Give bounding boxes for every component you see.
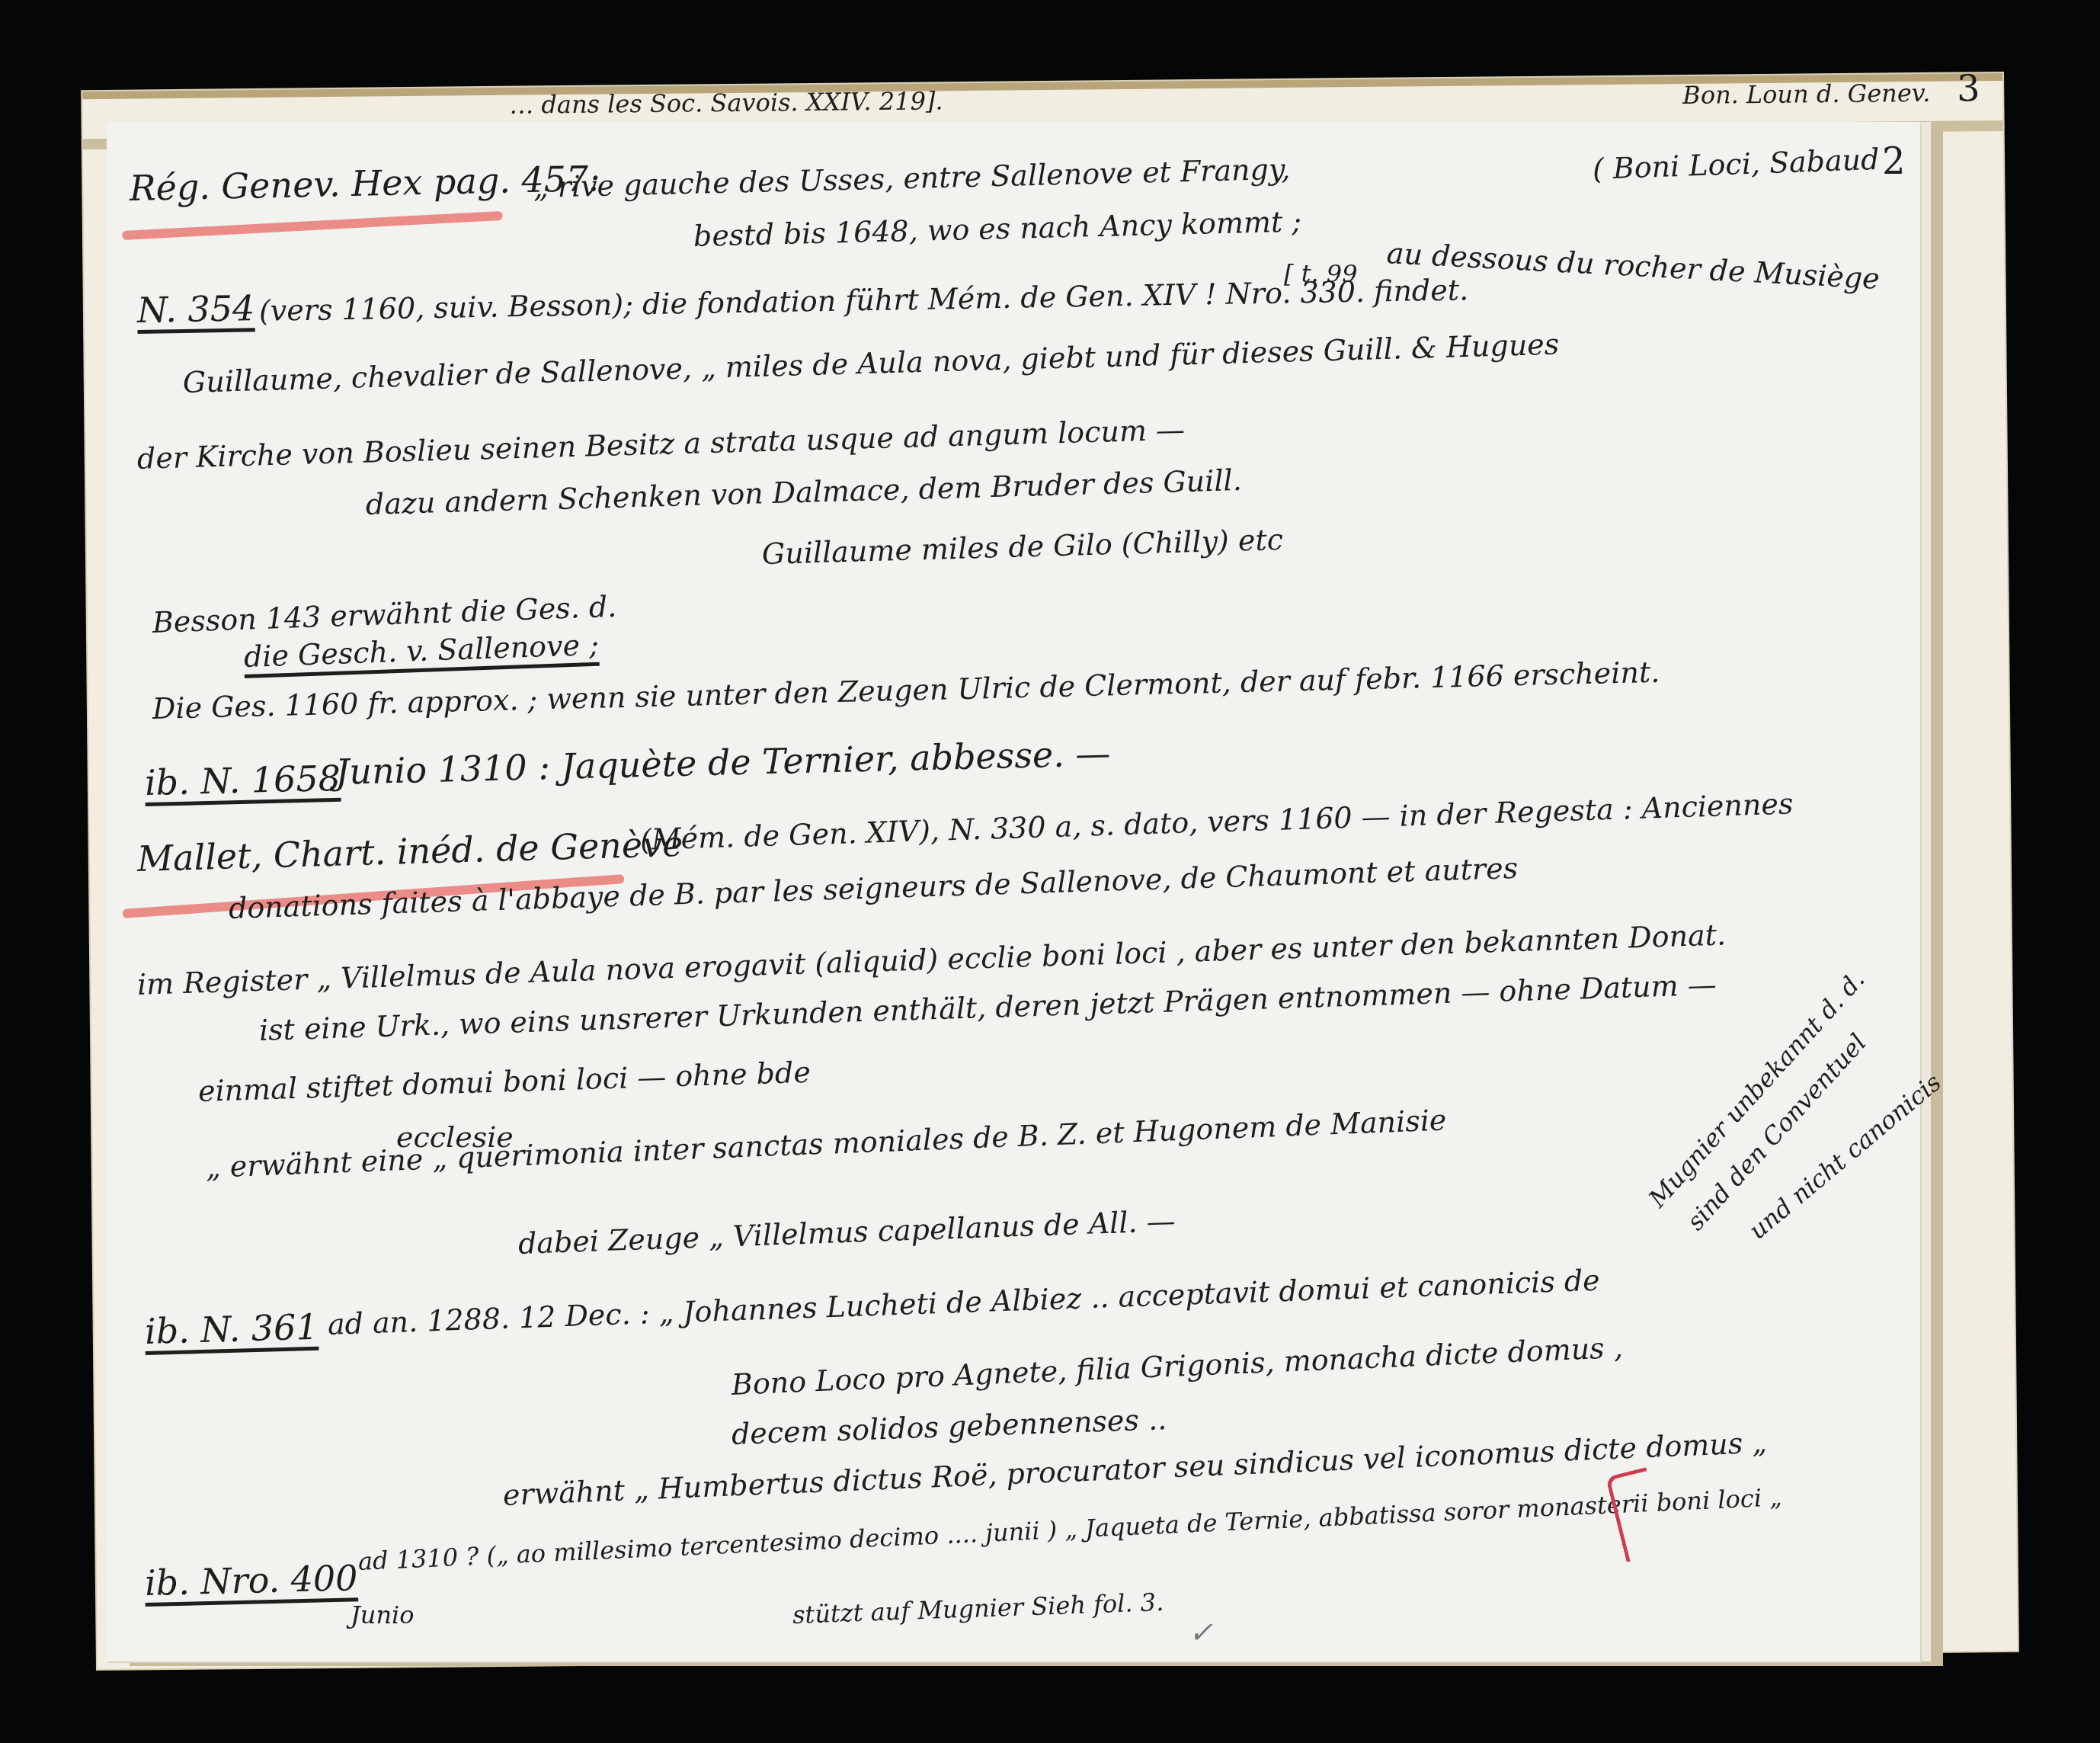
red-pencil-underline bbox=[122, 211, 503, 240]
reference-ib-n361: ib. N. 361 bbox=[144, 1306, 319, 1352]
back-page-header-right: Bon. Loun d. Genev. bbox=[1682, 78, 1930, 110]
entry-text: Bono Loco pro Agnete, filia Grigonis, mo… bbox=[731, 1331, 1624, 1402]
reference-ib-nro400: ib. Nro. 400 bbox=[144, 1557, 358, 1604]
entry-text: dabei Zeuge „ Villelmus capellanus de Al… bbox=[517, 1204, 1176, 1261]
reference-reg-genev: Rég. Genev. Hex pag. 457: bbox=[129, 158, 600, 209]
front-page-number: 2 bbox=[1882, 140, 1906, 183]
back-page-number: 3 bbox=[1957, 67, 1980, 110]
reference-mallet: Mallet, Chart. inéd. de Genève bbox=[136, 823, 683, 880]
checkmark-icon: ✓ bbox=[1189, 1616, 1213, 1649]
front-notebook-page: 2 ( Boni Loci, Sabaud Rég. Genev. Hex pa… bbox=[107, 122, 1920, 1661]
entry-text: einmal stiftet domui boni loci — ohne bd… bbox=[197, 1056, 811, 1108]
entry-text: ad an. 1288. 12 Dec. : „ Johannes Luchet… bbox=[327, 1264, 1600, 1341]
entry-text: Guillaume, chevalier de Sallenove, „ mil… bbox=[182, 328, 1559, 399]
entry-text: (vers 1160, suiv. Besson); die fondation… bbox=[259, 273, 1469, 328]
entry-text: Junio bbox=[351, 1600, 415, 1629]
entry-text: stützt auf Mugnier Sieh fol. 3. bbox=[792, 1588, 1164, 1629]
entry-text: die Gesch. v. Sallenove ; bbox=[243, 628, 599, 674]
top-right-note: ( Boni Loci, Sabaud bbox=[1592, 143, 1880, 186]
entry-text: decem solidos gebennenses .. bbox=[731, 1402, 1167, 1451]
entry-text: der Kirche von Boslieu seinen Besitz a s… bbox=[136, 413, 1185, 476]
back-page-header: … dans les Soc. Savois. XXIV. 219]. bbox=[509, 86, 943, 119]
entry-text: Junio 1310 : Jaquète de Ternier, abbesse… bbox=[335, 732, 1111, 793]
red-pencil-mark bbox=[1605, 1467, 1667, 1562]
entry-text: (Mém. de Gen. XIV), N. 330 a, s. dato, v… bbox=[639, 787, 1794, 857]
reference-ib-n1658: ib. N. 1658 bbox=[144, 758, 341, 803]
entry-text: „ erwähnt eine „ querimonia inter sancta… bbox=[205, 1103, 1447, 1184]
entry-text: bestd bis 1648, wo es nach Ancy kommt ; bbox=[693, 205, 1301, 253]
reference-n354: N. 354 bbox=[137, 287, 255, 331]
entry-text: „ rive gauche des Usses, entre Sallenove… bbox=[533, 152, 1290, 204]
entry-text: dazu andern Schenken von Dalmace, dem Br… bbox=[365, 463, 1242, 521]
entry-text: Guillaume miles de Gilo (Chilly) etc bbox=[761, 523, 1283, 571]
